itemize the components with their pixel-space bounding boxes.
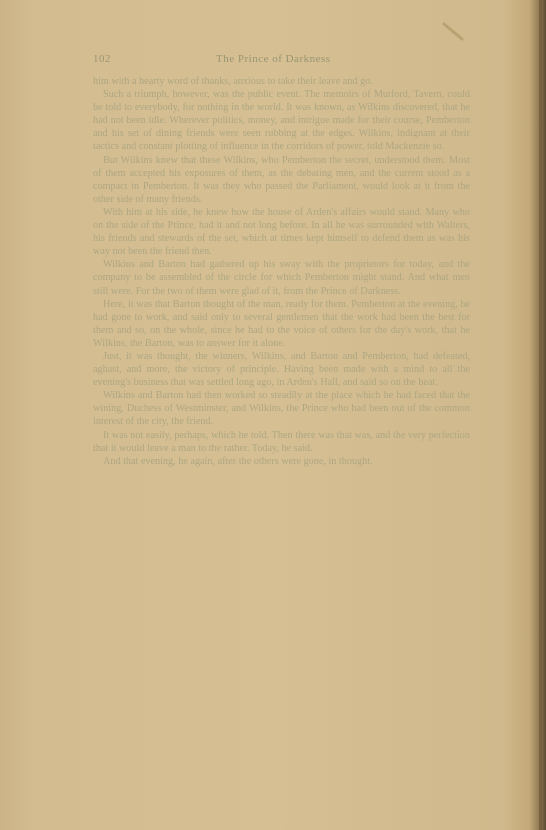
- paragraph: Here, it was that Barton thought of the …: [93, 298, 470, 350]
- paragraph: And that evening, he again, after the ot…: [93, 455, 470, 468]
- paragraph: him with a hearty word of thanks, anxiou…: [93, 75, 470, 88]
- paragraph: Just, it was thought, the winners, Wilki…: [93, 350, 470, 389]
- scanned-book-page: 102 The Prince of Darkness him with a he…: [0, 0, 546, 830]
- running-head-title: The Prince of Darkness: [216, 53, 331, 65]
- page-gutter-edge: [539, 0, 542, 830]
- paragraph: It was not easily, perhaps, which he tol…: [93, 429, 470, 455]
- pencil-mark: [442, 22, 464, 41]
- body-text: him with a hearty word of thanks, anxiou…: [93, 75, 470, 468]
- page-number: 102: [93, 53, 111, 65]
- paragraph: Such a triumph, however, was the public …: [93, 88, 470, 153]
- running-head: 102 The Prince of Darkness: [93, 53, 470, 67]
- paragraph: Wilkins and Barton had then worked so st…: [93, 389, 470, 428]
- paragraph: But Wilkins knew that these Wilkins, who…: [93, 154, 470, 206]
- paragraph: Wilkins and Barton had gathered up his s…: [93, 258, 470, 297]
- paragraph: With him at his side, he knew how the ho…: [93, 206, 470, 258]
